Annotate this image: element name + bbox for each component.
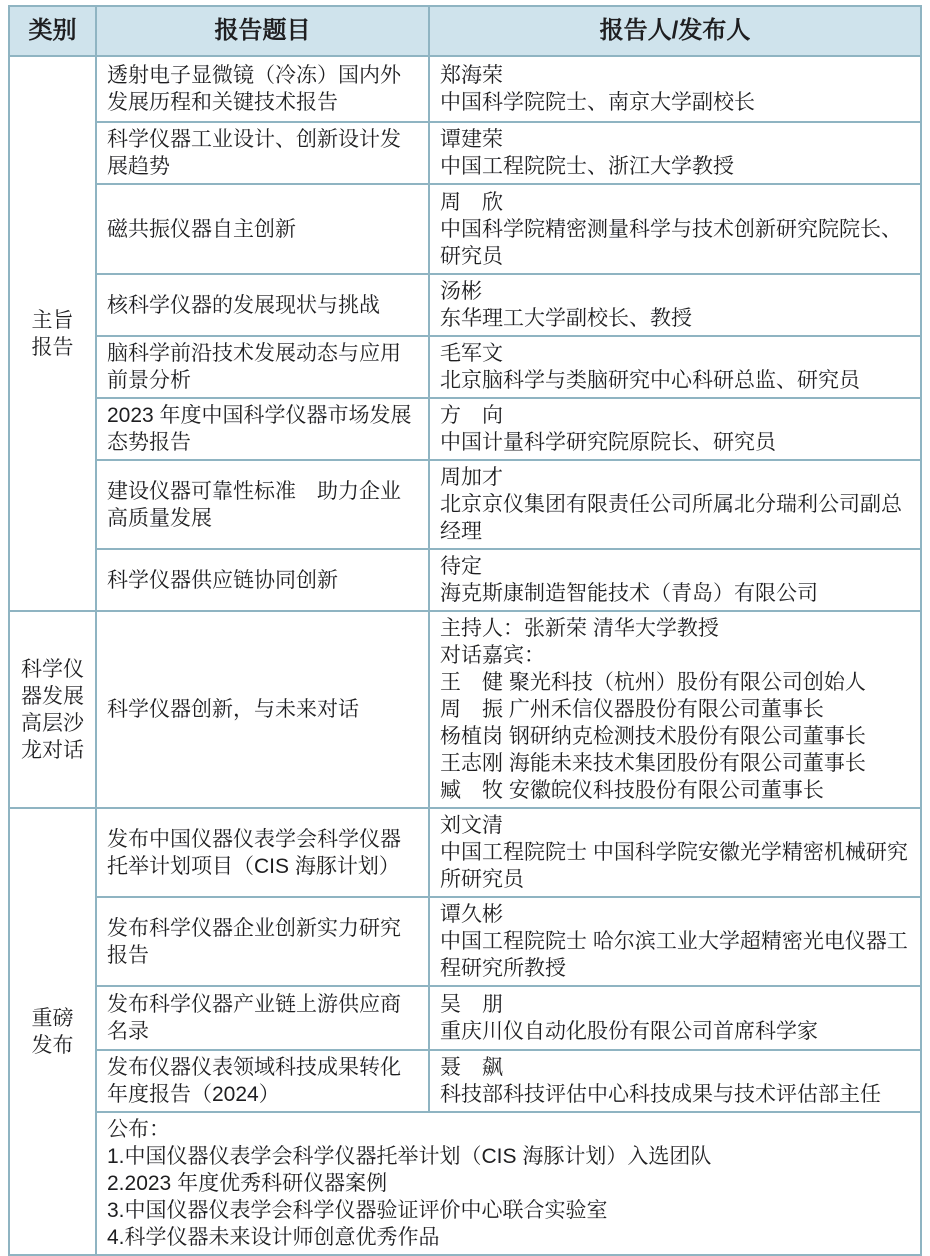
speaker-cell: 谭建荣 中国工程院院士、浙江大学教授 [429,122,921,184]
page: 类别 报告题目 报告人/发布人 主旨 报告 透射电子显微镜（冷冻）国内外发展历程… [0,0,930,1240]
speaker-cell: 聂 飙 科技部科技评估中心科技成果与技术评估部主任 [429,1050,921,1112]
report-title-cell: 磁共振仪器自主创新 [96,184,429,274]
speaker-cell: 方 向 中国计量科学研究院原院长、研究员 [429,398,921,460]
header-report-title: 报告题目 [96,6,429,56]
report-title-cell: 科学仪器供应链协同创新 [96,549,429,611]
speaker-cell: 主持人：张新荣 清华大学教授 对话嘉宾： 王 健 聚光科技（杭州）股份有限公司创… [429,611,921,808]
speaker-cell: 刘文清 中国工程院院士 中国科学院安徽光学精密机械研究所研究员 [429,808,921,897]
speaker-cell: 待定 海克斯康制造智能技术（青岛）有限公司 [429,549,921,611]
report-title-cell: 透射电子显微镜（冷冻）国内外发展历程和关键技术报告 [96,56,429,122]
speaker-cell: 郑海荣 中国科学院院士、南京大学副校长 [429,56,921,122]
report-title-cell: 建设仪器可靠性标准 助力企业高质量发展 [96,460,429,549]
speaker-cell: 周 欣 中国科学院精密测量科学与技术创新研究院院长、研究员 [429,184,921,274]
report-title-cell: 发布科学仪器企业创新实力研究报告 [96,897,429,986]
speaker-cell: 谭久彬 中国工程院院士 哈尔滨工业大学超精密光电仪器工程研究所教授 [429,897,921,986]
report-title-cell: 2023 年度中国科学仪器市场发展态势报告 [96,398,429,460]
speaker-cell: 毛军文 北京脑科学与类脑研究中心科研总监、研究员 [429,336,921,398]
category-cell-salon: 科学仪 器发展 高层沙 龙对话 [9,611,96,808]
speaker-cell: 汤彬 东华理工大学副校长、教授 [429,274,921,336]
category-cell-release: 重磅 发布 [9,808,96,1255]
report-title-cell: 脑科学前沿技术发展动态与应用前景分析 [96,336,429,398]
announcement-cell: 公布： 1.中国仪器仪表学会科学仪器托举计划（CIS 海豚计划）入选团队 2.2… [96,1112,921,1255]
report-title-cell: 科学仪器工业设计、创新设计发展趋势 [96,122,429,184]
report-title-cell: 发布仪器仪表领域科技成果转化年度报告（2024） [96,1050,429,1112]
speaker-cell: 周加才 北京京仪集团有限责任公司所属北分瑞利公司副总经理 [429,460,921,549]
report-title-cell: 科学仪器创新，与未来对话 [96,611,429,808]
report-title-cell: 核科学仪器的发展现状与挑战 [96,274,429,336]
report-title-cell: 发布科学仪器产业链上游供应商名录 [96,986,429,1050]
speaker-cell: 吴 朋 重庆川仪自动化股份有限公司首席科学家 [429,986,921,1050]
conference-schedule-table: 类别 报告题目 报告人/发布人 主旨 报告 透射电子显微镜（冷冻）国内外发展历程… [8,5,922,1256]
header-speaker: 报告人/发布人 [429,6,921,56]
category-cell-keynote: 主旨 报告 [9,56,96,611]
report-title-cell: 发布中国仪器仪表学会科学仪器托举计划项目（CIS 海豚计划） [96,808,429,897]
header-category: 类别 [9,6,96,56]
